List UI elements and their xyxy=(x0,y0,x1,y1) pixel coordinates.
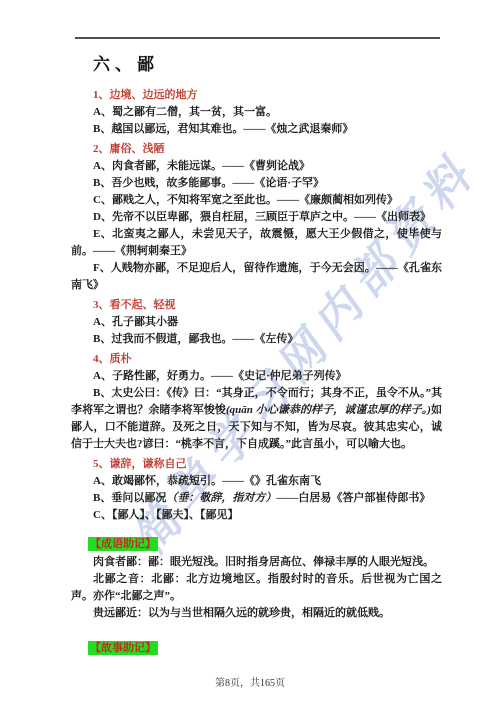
example-line: B、垂问以鄙况（垂：敬辞，指对方）——白居易《答户部崔侍郎书》 xyxy=(71,490,442,507)
example-text: B、垂问以鄙况 xyxy=(93,492,166,504)
example-text: ——白居易《答户部崔侍郎书》 xyxy=(276,492,430,504)
example-line: A、孔子鄙其小器 xyxy=(71,314,442,331)
idiom-block-label-row: 【成语助记】 xyxy=(71,535,442,554)
example-line: C、鄙贱之人，不知将军宽之至此也。——《廉颇蔺相如列传》 xyxy=(71,192,442,209)
idiom-entry: 肉食者鄙：鄙：眼光短浅。旧时指身居高位、俸禄丰厚的人眼光短浅。 xyxy=(71,554,442,571)
example-line: B、太史公曰：《传》曰：“其身正，不令而行；其身不正，虽令不从。”其李将军之谓也… xyxy=(71,385,442,453)
page-number: 第8页，共165页 xyxy=(0,674,500,689)
example-line: C、【鄙人】、【鄙夫】、【鄙见】 xyxy=(71,507,442,524)
document-content: 六、鄙 1、边境、边远的地方 A、蜀之鄙有二僧，其一贫，其一富。 B、越国以鄙远… xyxy=(71,50,442,658)
example-line: B、越国以鄙远，君知其难也。——《烛之武退秦师》 xyxy=(71,121,442,138)
idiom-block-label: 【成语助记】 xyxy=(88,537,158,551)
idiom-entry: 北鄙之音：北鄙：北方边境地区。指殷纣时的音乐。后世视为亡国之声。亦作“北鄙之声”… xyxy=(71,571,442,605)
document-page: 简单学习网内部资料 六、鄙 1、边境、边远的地方 A、蜀之鄙有二僧，其一贫，其一… xyxy=(0,0,500,707)
story-block-label: 【故事助记】 xyxy=(88,641,158,655)
example-line: B、过我而不假道，鄙我也。——《左传》 xyxy=(71,331,442,348)
example-line: A、蜀之鄙有二僧，其一贫，其一富。 xyxy=(71,104,442,121)
header-rule xyxy=(75,37,440,39)
example-line: E、北蛮夷之鄙人，未尝见天子，故震慑，愿大王少假借之，使毕使与前。——《荆轲刺秦… xyxy=(71,226,442,260)
section-4-heading: 4、质朴 xyxy=(71,351,442,368)
idiom-entry: 贵远鄙近：以为与当世相隔久远的就珍贵，相隔近的就低贱。 xyxy=(71,605,442,622)
page-title: 六、鄙 xyxy=(93,50,442,75)
story-block-label-row: 【故事助记】 xyxy=(71,639,442,658)
section-3-heading: 3、看不起、轻视 xyxy=(71,297,442,314)
section-5-heading: 5、谦辞，谦称自己 xyxy=(71,456,442,473)
example-line: D、先帝不以臣卑鄙，猥自枉屈，三顾臣于草庐之中。——《出师表》 xyxy=(71,209,442,226)
example-line: B、吾少也贱，故多能鄙事。——《论语·子罕》 xyxy=(71,175,442,192)
example-line: A、子路性鄙，好勇力。——《史记·仲尼弟子列传》 xyxy=(71,368,442,385)
example-line: F、人贱物亦鄙，不足迎后人，留待作遗施，于今无会因。——《孔雀东南飞》 xyxy=(71,260,442,294)
annotation-text: (quān 小心谦恭的样子，诚谨忠厚的样子。) xyxy=(226,404,431,416)
example-line: A、肉食者鄙，未能远谋。——《曹刿论战》 xyxy=(71,158,442,175)
annotation-text: （垂：敬辞，指对方） xyxy=(166,492,276,504)
section-1-heading: 1、边境、边远的地方 xyxy=(71,87,442,104)
example-line: A、敢竭鄙怀，恭疏短引。——《》孔雀东南飞 xyxy=(71,473,442,490)
section-2-heading: 2、庸俗、浅陋 xyxy=(71,141,442,158)
